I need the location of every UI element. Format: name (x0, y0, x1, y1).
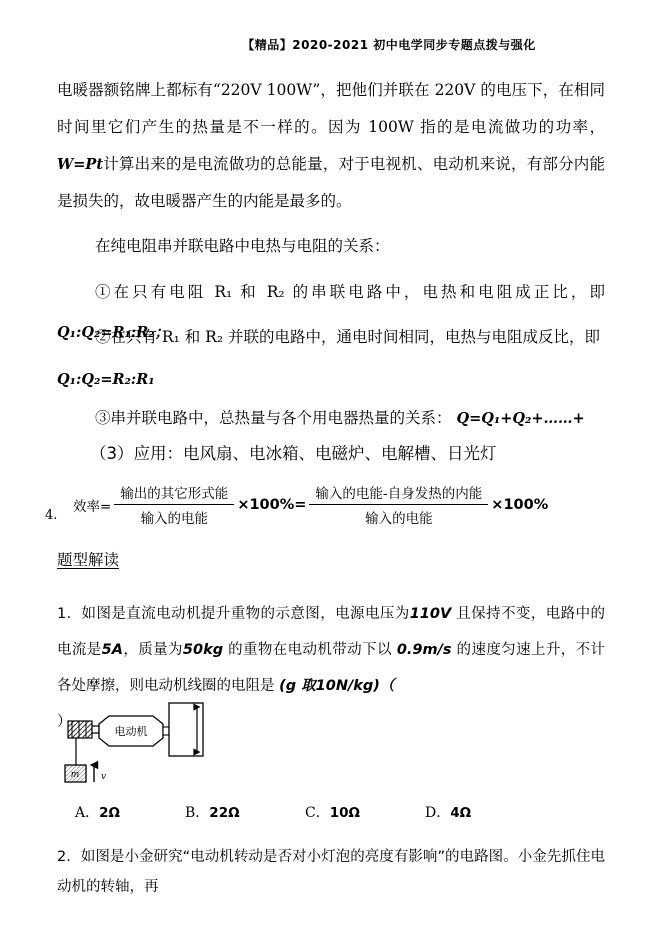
formula-w-equals-pt: W=Pt (57, 156, 103, 173)
efficiency-fraction-2-numerator: 输入的电能-自身发热的内能 (309, 482, 488, 505)
efficiency-formula: 效率= 输出的其它形式能 输入的电能 ×100%= 输入的电能-自身发热的内能 … (73, 482, 605, 527)
q1-option-a: A．2Ω (75, 802, 120, 822)
relations-item-3-text: ③串并联电路中，总热量与各个用电器热量的关系： (95, 409, 456, 427)
document-page: 【精品】2020-2021 初中电学同步专题点拨与强化 电暖器额铭牌上都标有“2… (0, 0, 661, 935)
efficiency-lhs: 效率= (73, 495, 111, 515)
efficiency-times-100: ×100% (491, 497, 548, 513)
q1-option-a-value: 2Ω (99, 805, 120, 821)
motor-diagram-svg: 电动机 m v (57, 693, 217, 793)
efficiency-times-100-equals: ×100%= (237, 497, 306, 513)
motor-label: 电动机 (115, 724, 148, 738)
motor-figure: 电动机 m v (57, 693, 217, 793)
question-2: 2．如图是小金研究“电动机转动是否对小灯泡的亮度有影响”的电路图。小金先抓住电动… (57, 842, 605, 902)
efficiency-fraction-1-denominator: 输入的电能 (114, 505, 234, 527)
formula-total-heat: Q=Q₁+Q₂+……+ (456, 410, 584, 427)
relations-item-2: ②在只有 R₁ 和 R₂ 并联的电路中，通电时间相同，电热与电阻成反比，即 Q₁… (57, 316, 605, 401)
document-content: 电暖器额铭牌上都标有“220V 100W”，把他们并联在 220V 的电压下，在… (57, 0, 605, 935)
efficiency-fraction-1: 输出的其它形式能 输入的电能 (114, 482, 234, 527)
intro-paragraph: 电暖器额铭牌上都标有“220V 100W”，把他们并联在 220V 的电压下，在… (57, 72, 605, 220)
q1-option-b: B．22Ω (185, 802, 240, 822)
q1-option-a-letter: A． (75, 805, 99, 821)
relations-item-3: ③串并联电路中，总热量与各个用电器热量的关系： Q=Q₁+Q₂+……+ (57, 398, 605, 439)
relations-item-2-text: ②在只有 R₁ 和 R₂ 并联的电路中，通电时间相同，电热与电阻成反比，即 (95, 328, 600, 346)
list-number-4: 4. (45, 508, 57, 523)
q1-value-speed: 0.9m/s (397, 642, 452, 658)
motor-shaft-nub (163, 727, 169, 735)
application-line: （3）应用：电风扇、电冰箱、电磁炉、电解槽、日光灯 (57, 440, 605, 464)
efficiency-fraction-1-numerator: 输出的其它形式能 (114, 482, 234, 505)
q1-value-mass: 50kg (183, 642, 223, 658)
q1-option-d-value: 4Ω (450, 805, 471, 821)
q1-value-g: (g 取10N/kg)（ (279, 678, 394, 694)
q1-value-current: 5A (102, 642, 123, 658)
q1-option-d-letter: D． (425, 805, 450, 821)
q1-option-b-value: 22Ω (209, 805, 239, 821)
velocity-label: v (101, 772, 106, 782)
intro-text-after: 计算出来的是电流做功的总能量，对于电视机、电动机来说，有部分内能是损失的，故电暖… (57, 155, 605, 210)
section-title-question-types: 题型解读 (57, 548, 119, 570)
q1-option-c-value: 10Ω (330, 805, 360, 821)
motor-axle (92, 726, 99, 733)
efficiency-fraction-2-denominator: 输入的电能 (309, 505, 488, 527)
intro-text-before: 电暖器额铭牌上都标有“220V 100W”，把他们并联在 220V 的电压下，在… (57, 81, 605, 136)
frame-box (169, 703, 203, 756)
q1-option-c-letter: C． (305, 805, 330, 821)
mass-label: m (71, 770, 80, 780)
efficiency-fraction-2: 输入的电能-自身发热的内能 输入的电能 (309, 482, 488, 527)
q1-option-d: D．4Ω (425, 802, 471, 822)
q1-options-row: A．2Ω B．22Ω C．10Ω D．4Ω (57, 802, 605, 824)
formula-parallel-heat-ratio: Q₁:Q₂=R₂:R₁ (57, 371, 155, 388)
q1-text-4: 的重物在电动机带动下以 (223, 642, 397, 658)
q1-option-b-letter: B． (185, 805, 209, 821)
q1-value-voltage: 110V (410, 606, 452, 622)
q1-text-1: 1．如图是直流电动机提升重物的示意图，电源电压为 (57, 606, 410, 622)
relations-item-1-text: ①在只有电阻 R₁ 和 R₂ 的串联电路中，电热和电阻成正比，即 (95, 283, 605, 301)
relations-heading: 在纯电阻串并联电路中电热与电阻的关系： (57, 228, 605, 265)
q1-text-3: ，质量为 (123, 642, 183, 658)
q1-option-c: C．10Ω (305, 802, 360, 822)
